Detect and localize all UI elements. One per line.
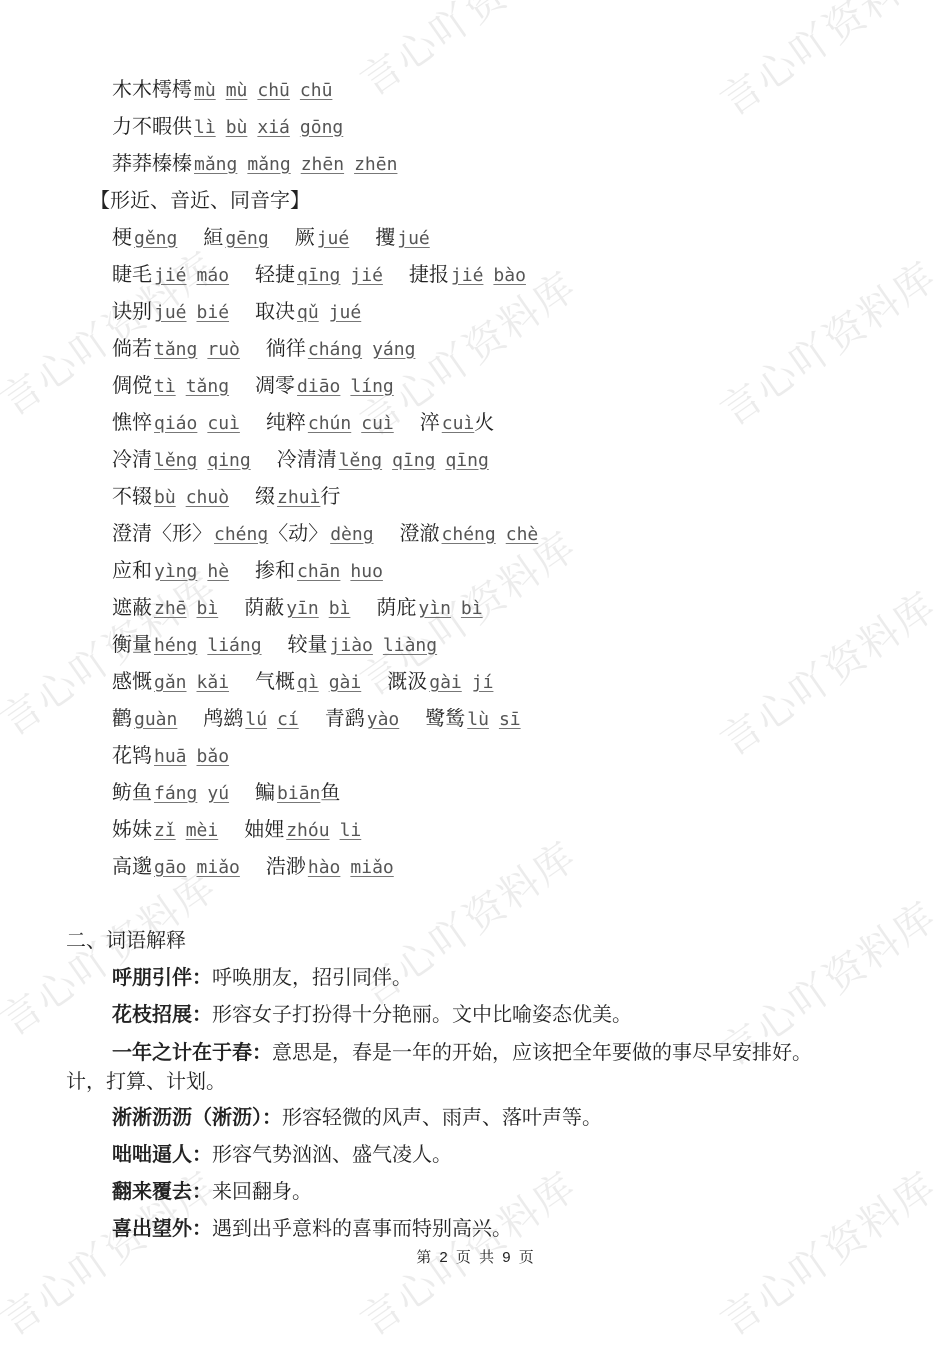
pinyin: bì (329, 598, 351, 619)
pinyin: huā (154, 746, 187, 767)
pinyin-row: 莽莽榛榛mǎngmǎngzhēnzhēn (112, 150, 397, 178)
vocab-term: 淅淅沥沥（淅沥）： (112, 1107, 282, 1129)
pinyin: kǎi (197, 672, 230, 693)
pinyin: bù (154, 487, 176, 508)
pinyin: jié (350, 265, 383, 286)
word: 澄澈 (400, 521, 440, 545)
vocab-term: 咄咄逼人： (112, 1144, 212, 1166)
pinyin-row: 不辍bùchuò缀zhuì行 (112, 483, 340, 511)
word-suffix: 行 (320, 484, 340, 508)
word: 取决 (255, 299, 295, 323)
pinyin-row: 憔悴qiáocuì纯粹chúncuì淬cuì火 (112, 409, 494, 437)
pinyin: mù (194, 80, 216, 101)
word: 莽莽榛榛 (112, 151, 192, 175)
pinyin: biān (277, 783, 320, 804)
pinyin: yìn (418, 598, 451, 619)
pinyin: cí (277, 709, 299, 730)
word: 不辍 (112, 484, 152, 508)
word-suffix: 火 (474, 410, 494, 434)
word: 憔悴 (112, 410, 152, 434)
word: 澄清〈形〉 (112, 521, 212, 545)
section-title: 二、词语解释 (66, 927, 186, 954)
pinyin: líng (350, 376, 393, 397)
pinyin-row: 澄清〈形〉chéng〈动〉dèng澄澈chéngchè (112, 520, 538, 548)
pinyin: tì (154, 376, 176, 397)
pinyin: qì (297, 672, 319, 693)
pinyin: qīng (445, 450, 488, 471)
pinyin-row: 梗gěng絙gēng厥jué攫jué (112, 224, 430, 252)
pinyin: gōng (300, 117, 343, 138)
vocab-definition: 形容女子打扮得十分艳丽。文中比喻姿态优美。 (212, 1004, 632, 1026)
word: 力不暇供 (112, 114, 192, 138)
vocab-item: 咄咄逼人：形容气势汹汹、盛气凌人。 (112, 1141, 452, 1168)
vocab-definition: 遇到出乎意料的喜事而特别高兴。 (212, 1218, 512, 1240)
word: 鹳 (112, 706, 132, 730)
pinyin: jié (154, 265, 187, 286)
pinyin-row: 倘若tǎngruò徜徉chángyáng (112, 335, 415, 363)
pinyin: bié (197, 302, 230, 323)
pinyin: yú (207, 783, 229, 804)
pinyin: chún (308, 413, 351, 434)
pinyin: jié (451, 265, 484, 286)
pinyin-row: 睫毛jiémáo轻捷qīngjié捷报jiébào (112, 261, 526, 289)
pinyin: gāo (154, 857, 187, 878)
document-page: 木木樗樗mùmùchūchū 力不暇供lìbùxiágōng 莽莽榛榛mǎngm… (0, 0, 952, 1347)
vocab-item: 花枝招展：形容女子打扮得十分艳丽。文中比喻姿态优美。 (112, 1001, 632, 1028)
pinyin: chéng (214, 524, 268, 545)
pinyin-row: 花鸨huābǎo (112, 742, 229, 770)
word: 感慨 (112, 669, 152, 693)
vocab-term: 一年之计在于春： (112, 1042, 272, 1064)
vocab-definition: 形容气势汹汹、盛气凌人。 (212, 1144, 452, 1166)
pinyin: cuì (207, 413, 240, 434)
word: 纯粹 (266, 410, 306, 434)
pinyin-row: 感慨gǎnkǎi气概qìgài溉汲gàijí (112, 668, 493, 696)
vocab-item: 呼朋引伴：呼唤朋友，招引同伴。 (112, 964, 412, 991)
pinyin: jué (397, 228, 430, 249)
pinyin: zhēn (354, 154, 397, 175)
pinyin: bào (493, 265, 526, 286)
pinyin: bì (461, 598, 483, 619)
word: 冷清 (112, 447, 152, 471)
pinyin: mǎng (247, 154, 290, 175)
pinyin: mù (226, 80, 248, 101)
pinyin: bù (226, 117, 248, 138)
word: 鹭鸶 (425, 706, 465, 730)
pinyin: jiào (330, 635, 373, 656)
pinyin: ruò (207, 339, 240, 360)
vocab-definition-continuation: 计，打算、计划。 (66, 1071, 226, 1093)
pinyin-row: 衡量héngliáng较量jiàoliàng (112, 631, 437, 659)
pinyin: gěng (134, 228, 177, 249)
word: 鸬鹚 (203, 706, 243, 730)
word: 轻捷 (255, 262, 295, 286)
pinyin: liáng (207, 635, 261, 656)
pinyin: chān (297, 561, 340, 582)
word: 浩渺 (266, 854, 306, 878)
subheading-text: 【形近、音近、同音字】 (90, 188, 310, 212)
pinyin: chū (257, 80, 290, 101)
word: 荫庇 (376, 595, 416, 619)
word: 衡量 (112, 632, 152, 656)
word: 鲂鱼 (112, 780, 152, 804)
pinyin: jí (472, 672, 494, 693)
pinyin: zǐ (154, 820, 176, 841)
pinyin: mèi (186, 820, 219, 841)
pinyin: dèng (330, 524, 373, 545)
word-suffix: 鱼 (320, 780, 340, 804)
word: 捷报 (409, 262, 449, 286)
word: 木木樗樗 (112, 77, 192, 101)
pinyin: lěng (339, 450, 382, 471)
pinyin: diāo (297, 376, 340, 397)
pinyin: qǔ (297, 302, 319, 323)
pinyin-row: 姊妹zǐmèi妯娌zhóuli (112, 816, 361, 844)
pinyin-row: 诀别juébié取决qǔjué (112, 298, 361, 326)
pinyin: huo (350, 561, 383, 582)
pinyin: máo (197, 265, 230, 286)
pinyin-row: 鹳guàn鸬鹚lúcí青鹞yào鹭鸶lùsī (112, 705, 521, 733)
word: 溉汲 (387, 669, 427, 693)
pinyin-row: 高邈gāomiǎo浩渺hàomiǎo (112, 853, 394, 881)
pinyin-row: 遮蔽zhēbì荫蔽yīnbì荫庇yìnbì (112, 594, 483, 622)
vocab-item: 一年之计在于春：意思是，春是一年的开始，应该把全年要做的事尽早安排好。 (112, 1039, 812, 1066)
pinyin-row: 木木樗樗mùmùchūchū (112, 76, 332, 104)
pinyin: gài (329, 672, 362, 693)
pinyin: yáng (372, 339, 415, 360)
pinyin: chè (506, 524, 539, 545)
pinyin: chū (300, 80, 333, 101)
pinyin: qīng (297, 265, 340, 286)
pinyin-row: 力不暇供lìbùxiágōng (112, 113, 343, 141)
word: 厥 (295, 225, 315, 249)
word: 姊妹 (112, 817, 152, 841)
pinyin: chéng (442, 524, 496, 545)
pinyin: yìng (154, 561, 197, 582)
pinyin: tǎng (154, 339, 197, 360)
pinyin: guàn (134, 709, 177, 730)
pinyin: jué (154, 302, 187, 323)
pinyin: qiáo (154, 413, 197, 434)
word: 凋零 (255, 373, 295, 397)
pinyin: zhē (154, 598, 187, 619)
vocab-definition: 来回翻身。 (212, 1181, 312, 1203)
pinyin: zhēn (301, 154, 344, 175)
pinyin: gài (429, 672, 462, 693)
pinyin: yào (367, 709, 400, 730)
section-title-text: 二、词语解释 (66, 930, 186, 952)
pinyin: cháng (308, 339, 362, 360)
pinyin: li (340, 820, 362, 841)
vocab-definition: 形容轻微的风声、雨声、落叶声等。 (282, 1107, 602, 1129)
word-suffix: 〈动〉 (268, 521, 328, 545)
pinyin-row: 鲂鱼fángyú鳊biān鱼 (112, 779, 340, 807)
word: 荫蔽 (244, 595, 284, 619)
word: 缀 (255, 484, 275, 508)
pinyin: mǎng (194, 154, 237, 175)
word: 睫毛 (112, 262, 152, 286)
pinyin: jué (317, 228, 350, 249)
pinyin: héng (154, 635, 197, 656)
pinyin: zhóu (286, 820, 329, 841)
word: 高邈 (112, 854, 152, 878)
pinyin: chuò (186, 487, 229, 508)
pinyin: gǎn (154, 672, 187, 693)
pinyin: qīng (392, 450, 435, 471)
word: 妯娌 (244, 817, 284, 841)
word: 倘若 (112, 336, 152, 360)
pinyin: jué (329, 302, 362, 323)
pinyin: cuì (361, 413, 394, 434)
word: 梗 (112, 225, 132, 249)
pinyin: bǎo (197, 746, 230, 767)
word: 絙 (203, 225, 223, 249)
word: 青鹞 (325, 706, 365, 730)
subheading: 【形近、音近、同音字】 (90, 187, 310, 213)
pinyin: cuì (442, 413, 475, 434)
vocab-term: 喜出望外： (112, 1218, 212, 1240)
word: 冷清清 (277, 447, 337, 471)
pinyin-row: 应和yìnghè掺和chānhuo (112, 557, 383, 585)
pinyin: lì (194, 117, 216, 138)
pinyin: xiá (257, 117, 290, 138)
word: 气概 (255, 669, 295, 693)
word: 应和 (112, 558, 152, 582)
pinyin-row: 冷清lěngqing冷清清lěngqīngqīng (112, 446, 489, 474)
vocab-item-continuation: 计，打算、计划。 (66, 1068, 226, 1095)
pinyin: lěng (154, 450, 197, 471)
word: 鳊 (255, 780, 275, 804)
pinyin: gēng (225, 228, 268, 249)
pinyin: bì (197, 598, 219, 619)
word: 攫 (375, 225, 395, 249)
pinyin: miǎo (197, 857, 240, 878)
pinyin: sī (499, 709, 521, 730)
word: 徜徉 (266, 336, 306, 360)
word: 花鸨 (112, 743, 152, 767)
vocab-term: 呼朋引伴： (112, 967, 212, 989)
word: 遮蔽 (112, 595, 152, 619)
pinyin: tǎng (186, 376, 229, 397)
vocab-definition: 意思是，春是一年的开始，应该把全年要做的事尽早安排好。 (272, 1042, 812, 1064)
pinyin: fáng (154, 783, 197, 804)
pinyin: yīn (286, 598, 319, 619)
pinyin: qing (207, 450, 250, 471)
pinyin: hè (207, 561, 229, 582)
vocab-definition: 呼唤朋友，招引同伴。 (212, 967, 412, 989)
word: 淬 (420, 410, 440, 434)
pinyin-row: 倜傥tìtǎng凋零diāolíng (112, 372, 394, 400)
word: 较量 (288, 632, 328, 656)
pinyin: lù (467, 709, 489, 730)
vocab-item: 翻来覆去：来回翻身。 (112, 1178, 312, 1205)
pinyin: miǎo (350, 857, 393, 878)
vocab-term: 翻来覆去： (112, 1181, 212, 1203)
pinyin: liàng (383, 635, 437, 656)
word: 倜傥 (112, 373, 152, 397)
page-number: 第 2 页 共 9 页 (0, 1246, 952, 1267)
word: 诀别 (112, 299, 152, 323)
pinyin: hào (308, 857, 341, 878)
pinyin: zhuì (277, 487, 320, 508)
vocab-term: 花枝招展： (112, 1004, 212, 1026)
vocab-item: 喜出望外：遇到出乎意料的喜事而特别高兴。 (112, 1215, 512, 1242)
pinyin: lú (245, 709, 267, 730)
vocab-item: 淅淅沥沥（淅沥）：形容轻微的风声、雨声、落叶声等。 (112, 1104, 602, 1131)
word: 掺和 (255, 558, 295, 582)
